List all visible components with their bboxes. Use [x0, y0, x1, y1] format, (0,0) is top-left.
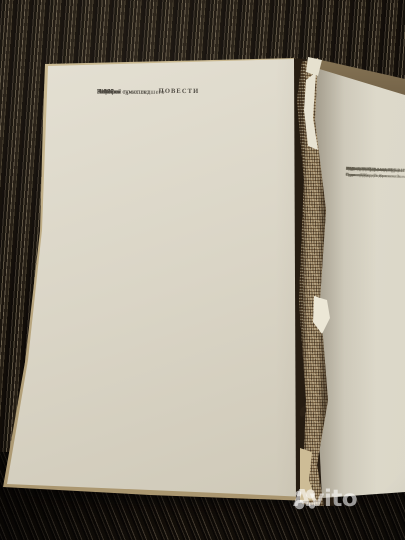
avito-wordmark: Avito — [293, 487, 357, 511]
book-listing-photo: ПОВЕСТИ Невский проспект 427 Нос 460 Пор… — [0, 0, 405, 540]
